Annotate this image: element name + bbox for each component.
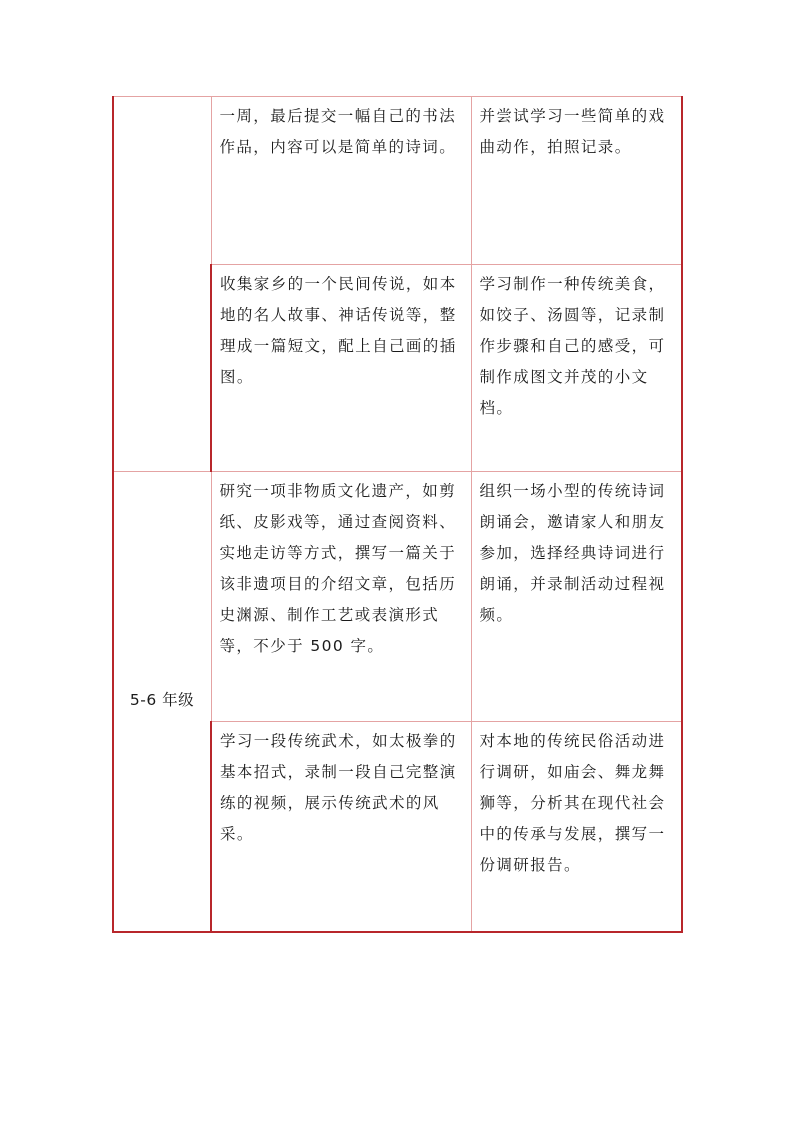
task-text: 一周，最后提交一幅自己的书法作品，内容可以是简单的诗词。 [220, 107, 457, 156]
grade-cell-continued [113, 97, 211, 472]
task-text: 收集家乡的一个民间传说，如本地的名人故事、神话传说等，整理成一篇短文，配上自己画… [220, 275, 457, 386]
task-cell: 并尝试学习一些简单的戏曲动作，拍照记录。 [471, 97, 682, 265]
table-row: 一周，最后提交一幅自己的书法作品，内容可以是简单的诗词。 并尝试学习一些简单的戏… [113, 97, 682, 265]
table-row: 5-6 年级 研究一项非物质文化遗产，如剪纸、皮影戏等，通过查阅资料、实地走访等… [113, 472, 682, 722]
task-cell: 研究一项非物质文化遗产，如剪纸、皮影戏等，通过查阅资料、实地走访等方式，撰写一篇… [211, 472, 471, 722]
task-cell: 学习一段传统武术，如太极拳的基本招式，录制一段自己完整演练的视频，展示传统武术的… [211, 722, 471, 932]
task-text: 组织一场小型的传统诗词朗诵会，邀请家人和朋友参加，选择经典诗词进行朗诵，并录制活… [480, 482, 666, 624]
task-text: 并尝试学习一些简单的戏曲动作，拍照记录。 [480, 107, 666, 156]
task-cell: 组织一场小型的传统诗词朗诵会，邀请家人和朋友参加，选择经典诗词进行朗诵，并录制活… [471, 472, 682, 722]
document-page: 一周，最后提交一幅自己的书法作品，内容可以是简单的诗词。 并尝试学习一些简单的戏… [0, 0, 793, 1122]
grade-cell: 5-6 年级 [113, 472, 211, 932]
task-text: 学习一段传统武术，如太极拳的基本招式，录制一段自己完整演练的视频，展示传统武术的… [220, 732, 457, 843]
task-cell: 一周，最后提交一幅自己的书法作品，内容可以是简单的诗词。 [211, 97, 471, 265]
task-cell: 收集家乡的一个民间传说，如本地的名人故事、神话传说等，整理成一篇短文，配上自己画… [211, 265, 471, 472]
task-cell: 学习制作一种传统美食，如饺子、汤圆等，记录制作步骤和自己的感受，可制作成图文并茂… [471, 265, 682, 472]
task-text: 学习制作一种传统美食，如饺子、汤圆等，记录制作步骤和自己的感受，可制作成图文并茂… [480, 275, 666, 417]
task-text: 对本地的传统民俗活动进行调研，如庙会、舞龙舞狮等，分析其在现代社会中的传承与发展… [480, 732, 666, 874]
activity-table: 一周，最后提交一幅自己的书法作品，内容可以是简单的诗词。 并尝试学习一些简单的戏… [112, 96, 683, 933]
task-text: 研究一项非物质文化遗产，如剪纸、皮影戏等，通过查阅资料、实地走访等方式，撰写一篇… [220, 482, 457, 655]
task-cell: 对本地的传统民俗活动进行调研，如庙会、舞龙舞狮等，分析其在现代社会中的传承与发展… [471, 722, 682, 932]
grade-label: 5-6 年级 [130, 685, 194, 716]
